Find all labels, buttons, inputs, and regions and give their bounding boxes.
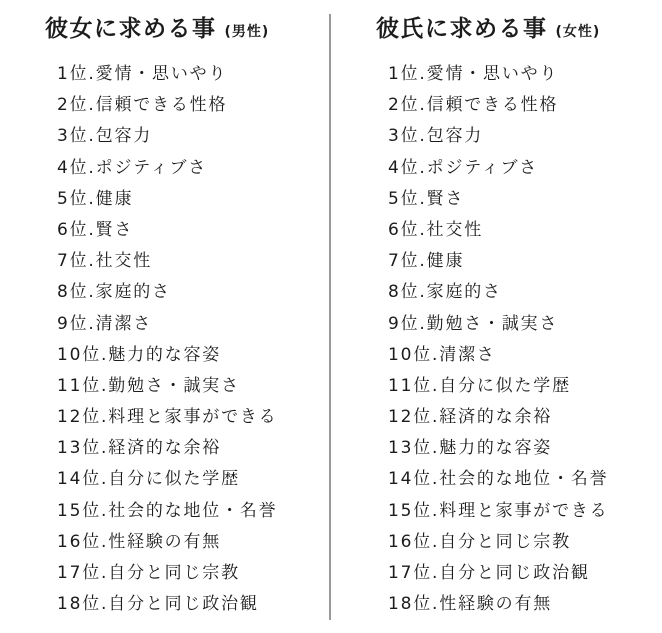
- rank-item: 1位.愛情・思いやり: [57, 59, 323, 90]
- rank-label: 信頼できる性格: [427, 95, 559, 115]
- rank-item: 5位.賢さ: [388, 184, 654, 215]
- rank-label: 家庭的さ: [96, 282, 171, 302]
- rank-number: 2位: [388, 95, 419, 115]
- rank-item: 14位.社会的な地位・名誉: [388, 464, 654, 495]
- rank-number: 7位: [388, 251, 419, 271]
- rank-label: 社会的な地位・名誉: [439, 469, 608, 489]
- rank-item: 10位.清潔さ: [388, 340, 654, 371]
- rank-label: 魅力的な容姿: [108, 345, 221, 365]
- rank-separator: .: [419, 220, 426, 240]
- rank-item: 7位.社交性: [57, 246, 323, 277]
- rank-label: 信頼できる性格: [96, 95, 228, 115]
- rank-item: 17位.自分と同じ政治観: [388, 558, 654, 589]
- rank-label: 勤勉さ・誠実さ: [427, 314, 559, 334]
- rank-label: 愛情・思いやり: [96, 64, 228, 84]
- rank-label: 包容力: [427, 126, 483, 146]
- rank-item: 6位.社交性: [388, 215, 654, 246]
- rank-item: 7位.健康: [388, 246, 654, 277]
- ranking-list-girlfriend: 1位.愛情・思いやり2位.信頼できる性格3位.包容力4位.ポジティブさ5位.健康…: [45, 59, 323, 620]
- rank-number: 13位: [388, 438, 432, 458]
- rank-separator: .: [88, 158, 95, 178]
- rank-label: 賢さ: [96, 220, 134, 240]
- rank-item: 8位.家庭的さ: [57, 277, 323, 308]
- rank-label: 社交性: [96, 251, 152, 271]
- rank-label: 愛情・思いやり: [427, 64, 559, 84]
- column-boyfriend: 彼氏に求める事(女性) 1位.愛情・思いやり2位.信頼できる性格3位.包容力4位…: [331, 0, 662, 633]
- rank-number: 13位: [57, 438, 101, 458]
- rank-number: 8位: [388, 282, 419, 302]
- rank-label: 自分に似た学歴: [439, 376, 571, 396]
- rank-number: 11位: [57, 376, 101, 396]
- rank-separator: .: [419, 64, 426, 84]
- rank-separator: .: [88, 314, 95, 334]
- column-subtitle-men: (男性): [225, 24, 270, 40]
- rank-item: 16位.自分と同じ宗教: [388, 527, 654, 558]
- rank-label: 自分と同じ政治観: [108, 594, 258, 614]
- rank-label: 社交性: [427, 220, 483, 240]
- column-girlfriend: 彼女に求める事(男性) 1位.愛情・思いやり2位.信頼できる性格3位.包容力4位…: [0, 0, 331, 633]
- rank-item: 5位.健康: [57, 184, 323, 215]
- rank-item: 4位.ポジティブさ: [388, 153, 654, 184]
- rank-number: 6位: [57, 220, 88, 240]
- rank-item: 3位.包容力: [388, 121, 654, 152]
- rank-item: 18位.自分と同じ政治観: [57, 589, 323, 620]
- rank-number: 9位: [388, 314, 419, 334]
- rank-number: 16位: [388, 532, 432, 552]
- rank-item: 3位.包容力: [57, 121, 323, 152]
- rank-item: 18位.性経験の有無: [388, 589, 654, 620]
- column-title-boyfriend: 彼氏に求める事(女性): [376, 16, 654, 45]
- rank-item: 12位.料理と家事ができる: [57, 402, 323, 433]
- rank-item: 15位.料理と家事ができる: [388, 496, 654, 527]
- ranking-list-boyfriend: 1位.愛情・思いやり2位.信頼できる性格3位.包容力4位.ポジティブさ5位.賢さ…: [376, 59, 654, 620]
- column-title-text: 彼女に求める事: [45, 16, 217, 42]
- rank-number: 18位: [388, 594, 432, 614]
- rank-label: 魅力的な容姿: [439, 438, 552, 458]
- rank-label: ポジティブさ: [96, 158, 207, 178]
- rank-item: 13位.魅力的な容姿: [388, 433, 654, 464]
- column-title-girlfriend: 彼女に求める事(男性): [45, 16, 323, 45]
- rank-label: 自分と同じ政治観: [439, 563, 589, 583]
- rank-number: 3位: [388, 126, 419, 146]
- rank-separator: .: [419, 189, 426, 209]
- rank-number: 4位: [388, 158, 419, 178]
- rank-label: 性経験の有無: [108, 532, 221, 552]
- rank-item: 1位.愛情・思いやり: [388, 59, 654, 90]
- rank-label: 料理と家事ができる: [108, 407, 277, 427]
- rank-number: 14位: [57, 469, 101, 489]
- rank-separator: .: [88, 282, 95, 302]
- rank-label: 社会的な地位・名誉: [108, 501, 277, 521]
- rank-number: 6位: [388, 220, 419, 240]
- rank-label: 包容力: [96, 126, 152, 146]
- column-title-text: 彼氏に求める事: [376, 16, 548, 42]
- rank-item: 4位.ポジティブさ: [57, 153, 323, 184]
- rank-number: 15位: [388, 501, 432, 521]
- rank-item: 6位.賢さ: [57, 215, 323, 246]
- rank-separator: .: [88, 189, 95, 209]
- rank-item: 16位.性経験の有無: [57, 527, 323, 558]
- rank-item: 11位.勤勉さ・誠実さ: [57, 371, 323, 402]
- rank-separator: .: [88, 95, 95, 115]
- rank-item: 10位.魅力的な容姿: [57, 340, 323, 371]
- rank-label: ポジティブさ: [427, 158, 538, 178]
- rank-label: 賢さ: [427, 189, 465, 209]
- rank-number: 5位: [388, 189, 419, 209]
- rank-number: 18位: [57, 594, 101, 614]
- rank-number: 14位: [388, 469, 432, 489]
- rank-number: 3位: [57, 126, 88, 146]
- rank-separator: .: [88, 64, 95, 84]
- rank-number: 7位: [57, 251, 88, 271]
- rank-item: 8位.家庭的さ: [388, 277, 654, 308]
- rank-item: 9位.勤勉さ・誠実さ: [388, 309, 654, 340]
- rank-separator: .: [419, 282, 426, 302]
- rank-number: 17位: [57, 563, 101, 583]
- rank-number: 1位: [388, 64, 419, 84]
- rank-label: 経済的な余裕: [439, 407, 552, 427]
- rank-item: 15位.社会的な地位・名誉: [57, 496, 323, 527]
- rank-separator: .: [88, 251, 95, 271]
- rank-label: 清潔さ: [96, 314, 152, 334]
- rank-item: 12位.経済的な余裕: [388, 402, 654, 433]
- rank-item: 2位.信頼できる性格: [388, 90, 654, 121]
- column-subtitle-women: (女性): [556, 24, 601, 40]
- rank-label: 清潔さ: [439, 345, 495, 365]
- rank-item: 9位.清潔さ: [57, 309, 323, 340]
- rank-label: 自分に似た学歴: [108, 469, 240, 489]
- rank-number: 12位: [388, 407, 432, 427]
- rank-separator: .: [419, 251, 426, 271]
- rank-number: 16位: [57, 532, 101, 552]
- rank-separator: .: [88, 126, 95, 146]
- rank-label: 健康: [96, 189, 134, 209]
- rank-number: 10位: [388, 345, 432, 365]
- rank-label: 性経験の有無: [439, 594, 552, 614]
- rank-label: 料理と家事ができる: [439, 501, 608, 521]
- rank-item: 17位.自分と同じ宗教: [57, 558, 323, 589]
- rank-number: 8位: [57, 282, 88, 302]
- rank-item: 13位.経済的な余裕: [57, 433, 323, 464]
- rank-number: 2位: [57, 95, 88, 115]
- rank-label: 自分と同じ宗教: [439, 532, 571, 552]
- rank-number: 15位: [57, 501, 101, 521]
- rank-item: 11位.自分に似た学歴: [388, 371, 654, 402]
- rank-item: 14位.自分に似た学歴: [57, 464, 323, 495]
- rank-number: 17位: [388, 563, 432, 583]
- rank-number: 1位: [57, 64, 88, 84]
- rank-label: 自分と同じ宗教: [108, 563, 240, 583]
- rank-separator: .: [88, 220, 95, 240]
- rank-label: 家庭的さ: [427, 282, 502, 302]
- rank-label: 勤勉さ・誠実さ: [108, 376, 240, 396]
- rank-number: 10位: [57, 345, 101, 365]
- rank-separator: .: [419, 158, 426, 178]
- rank-number: 4位: [57, 158, 88, 178]
- column-divider: [329, 14, 331, 620]
- rank-label: 健康: [427, 251, 465, 271]
- rank-number: 9位: [57, 314, 88, 334]
- rank-separator: .: [419, 314, 426, 334]
- rank-number: 12位: [57, 407, 101, 427]
- rank-label: 経済的な余裕: [108, 438, 221, 458]
- rank-number: 11位: [388, 376, 432, 396]
- page: 彼女に求める事(男性) 1位.愛情・思いやり2位.信頼できる性格3位.包容力4位…: [0, 0, 662, 633]
- rank-separator: .: [419, 126, 426, 146]
- rank-number: 5位: [57, 189, 88, 209]
- rank-item: 2位.信頼できる性格: [57, 90, 323, 121]
- rank-separator: .: [419, 95, 426, 115]
